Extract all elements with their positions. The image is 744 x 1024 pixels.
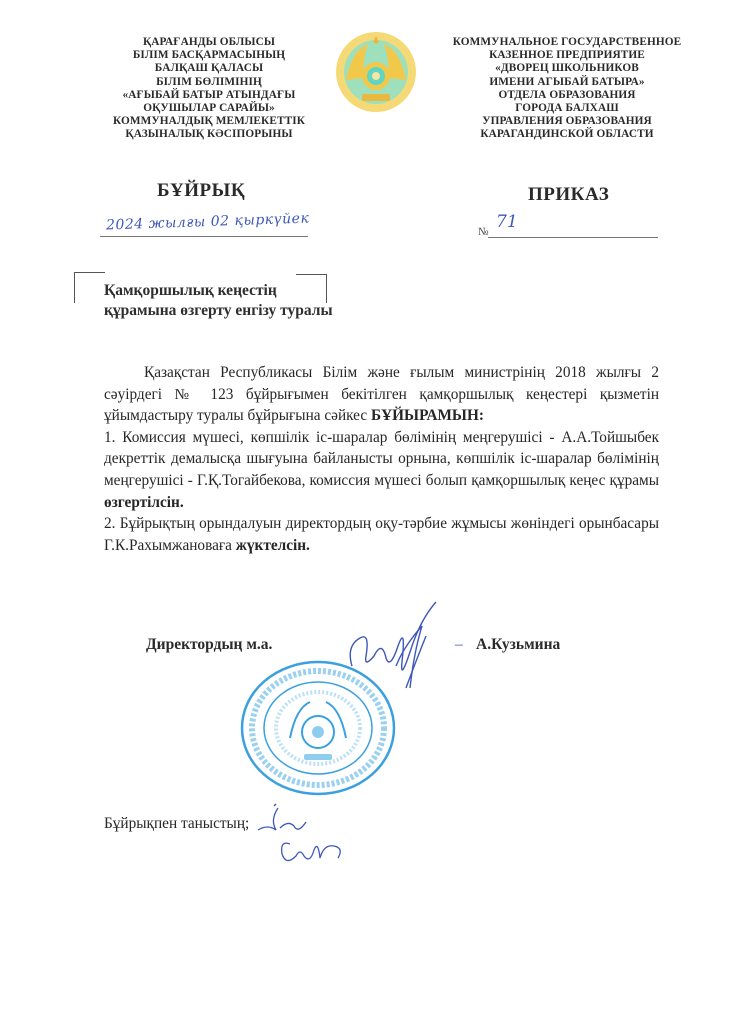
- subject-line-2: құрамына өзгерту енгізу туралы: [104, 301, 333, 321]
- official-stamp-icon: [238, 658, 398, 798]
- header-left-line: БІЛІМ БӨЛІМІНІҢ: [95, 76, 323, 89]
- decree-word: БҰЙЫРАМЫН:: [371, 407, 484, 424]
- order-date: 2024 жылғы 02 қыркүйек: [106, 210, 310, 233]
- order-number-prefix: №: [478, 226, 489, 238]
- acknowledgement-label: Бұйрықпен таныстың;: [104, 815, 249, 833]
- title-russian: ПРИКАЗ: [528, 184, 609, 206]
- header-left-org: ҚАРАҒАНДЫ ОБЛЫСЫБІЛІМ БАСҚАРМАСЫНЫҢБАЛҚА…: [95, 36, 323, 142]
- order-number: 71: [496, 212, 518, 232]
- body-item-1: 1. Комиссия мүшесі, көпшілік іс-шаралар …: [104, 427, 659, 513]
- header-left-line: ҚАРАҒАНДЫ ОБЛЫСЫ: [95, 36, 323, 49]
- signatory-role: Директордың м.а.: [146, 636, 272, 654]
- header-right-line: ОТДЕЛА ОБРАЗОВАНИЯ: [436, 89, 698, 102]
- body-item-2: 2. Бұйрықтың орындалуын директордың оқу-…: [104, 513, 659, 556]
- signature-dash: –: [455, 636, 463, 654]
- subject-line-1: Қамқоршылық кеңестің: [104, 281, 333, 301]
- header-right-line: КАРАГАНДИНСКОЙ ОБЛАСТИ: [436, 128, 698, 141]
- signatory-name: А.Кузьмина: [476, 636, 560, 654]
- order-body: Қазақстан Республикасы Білім және ғылым …: [104, 362, 659, 556]
- order-subject: Қамқоршылық кеңестің құрамына өзгерту ен…: [104, 281, 333, 321]
- header-left-line: ҚАЗЫНАЛЫҚ КӘСІПОРЫНЫ: [95, 128, 323, 141]
- date-underline: [100, 236, 308, 237]
- header-right-line: ИМЕНИ АГЫБАЙ БАТЫРА»: [436, 76, 698, 89]
- header-left-line: «АҒЫБАЙ БАТЫР АТЫНДАҒЫ: [95, 89, 323, 102]
- header-right-line: УПРАВЛЕНИЯ ОБРАЗОВАНИЯ: [436, 115, 698, 128]
- acknowledgement-signature-icon: [254, 800, 354, 870]
- title-kazakh: БҰЙРЫҚ: [157, 180, 245, 202]
- header-left-line: БАЛҚАШ ҚАЛАСЫ: [95, 62, 323, 75]
- header-left-line: БІЛІМ БАСҚАРМАСЫНЫҢ: [95, 49, 323, 62]
- header-right-line: «ДВОРЕЦ ШКОЛЬНИКОВ: [436, 62, 698, 75]
- number-underline: [488, 237, 658, 238]
- header-right-line: КОММУНАЛЬНОЕ ГОСУДАРСТВЕННОЕ: [436, 36, 698, 49]
- subject-bracket-left: [74, 272, 105, 303]
- header-left-line: КОММУНАЛДЫҚ МЕМЛЕКЕТТІК: [95, 115, 323, 128]
- header-right-line: КАЗЕННОЕ ПРЕДПРИЯТИЕ: [436, 49, 698, 62]
- header-left-line: ОҚУШЫЛАР САРАЙЫ»: [95, 102, 323, 115]
- header-right-org: КОММУНАЛЬНОЕ ГОСУДАРСТВЕННОЕКАЗЕННОЕ ПРЕ…: [436, 36, 698, 142]
- state-emblem-icon: [334, 30, 418, 114]
- body-intro: Қазақстан Республикасы Білім және ғылым …: [104, 362, 659, 427]
- header-right-line: ГОРОДА БАЛХАШ: [436, 102, 698, 115]
